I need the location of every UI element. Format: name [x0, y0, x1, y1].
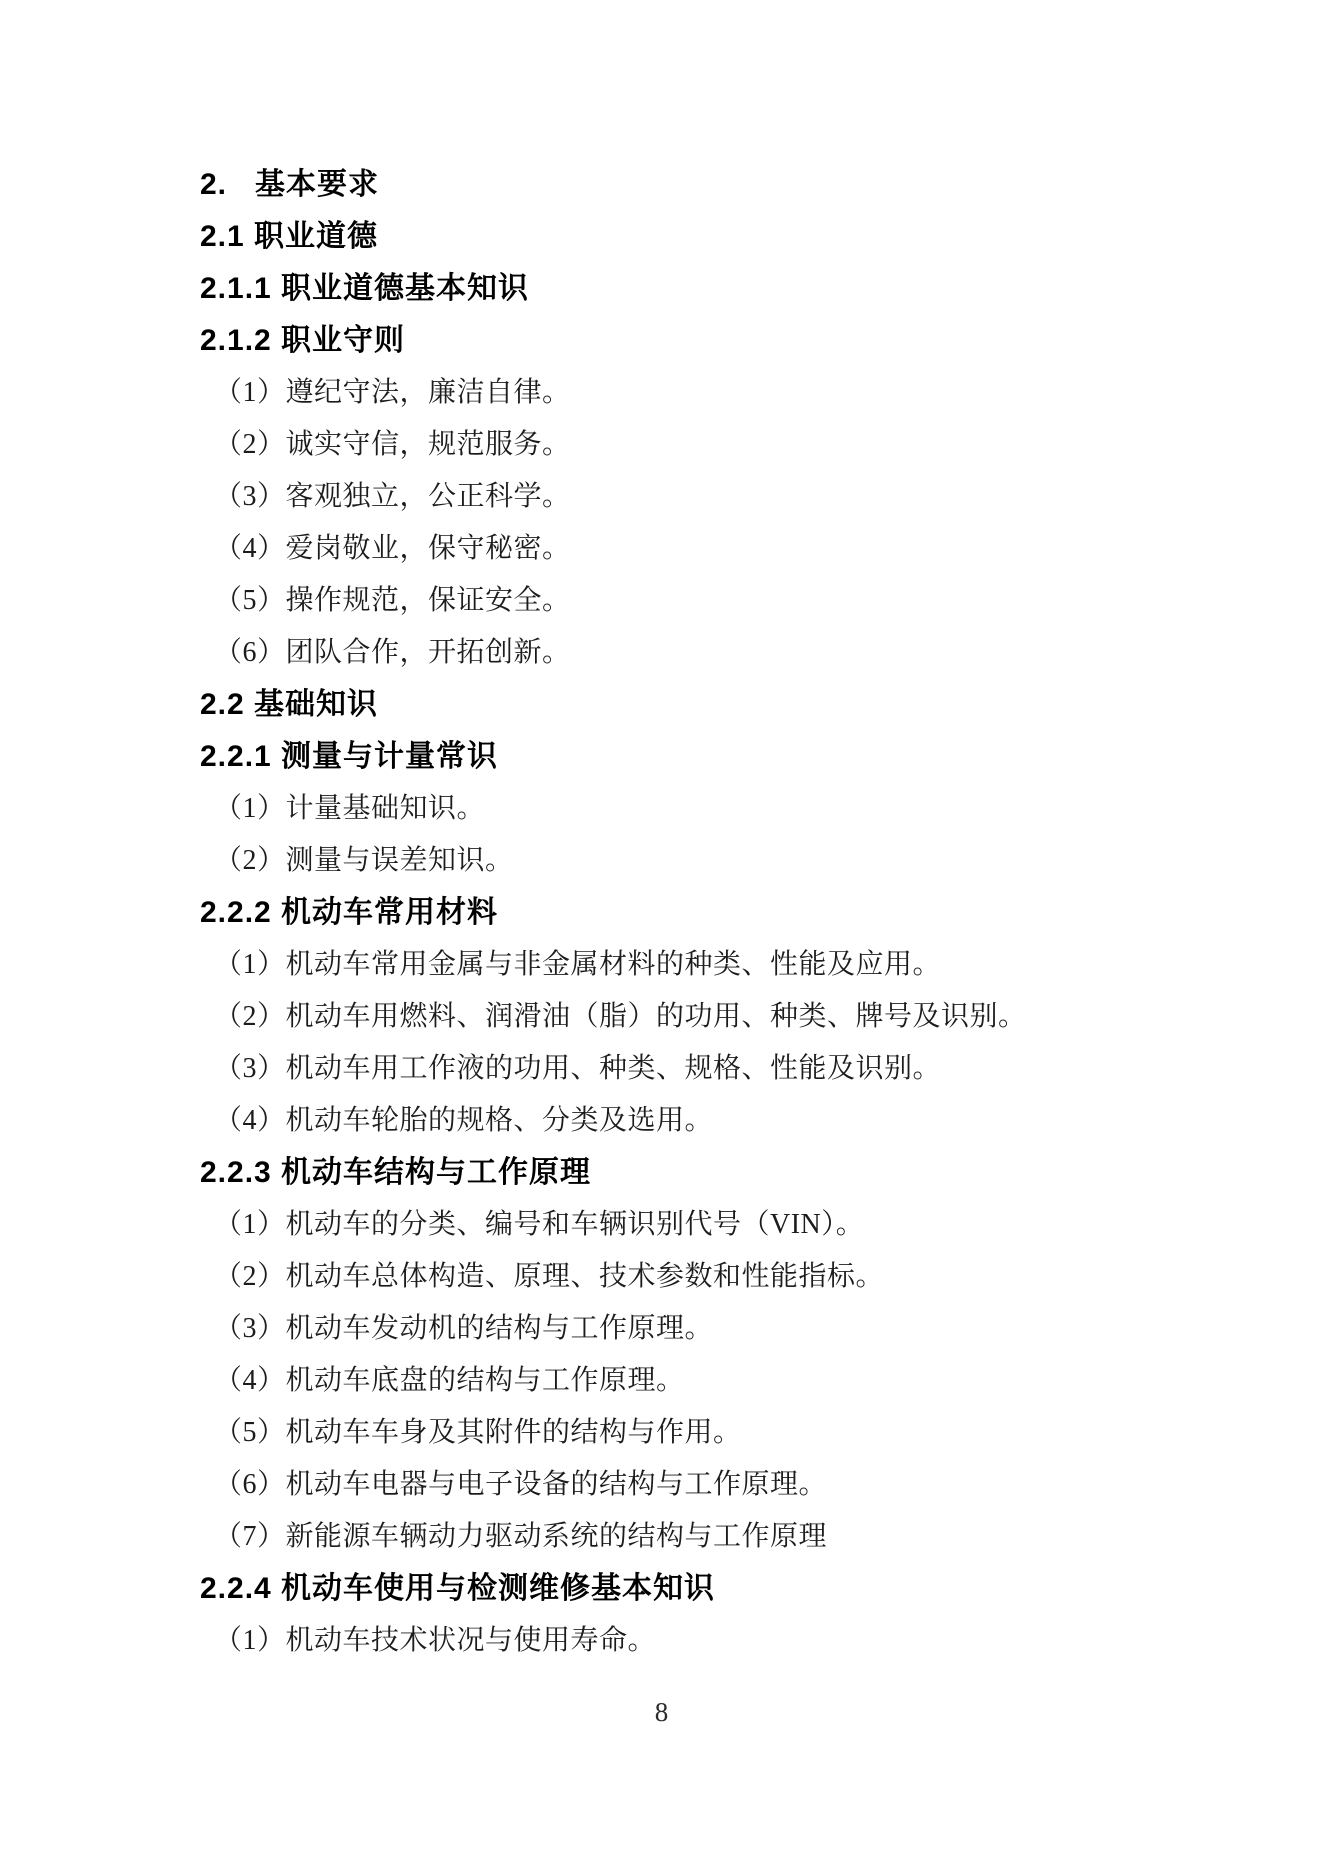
document-page: 2. 基本要求2.1 职业道德2.1.1 职业道德基本知识2.1.2 职业守则（…: [0, 0, 1323, 1871]
doc-line-item: （1）计量基础知识。: [214, 783, 1323, 835]
doc-line-item: （6）团队合作，开拓创新。: [214, 627, 1323, 679]
doc-line-heading: 2.2.1 测量与计量常识: [200, 731, 1323, 783]
page-number: 8: [0, 1692, 1323, 1732]
doc-line-item: （4）机动车轮胎的规格、分类及选用。: [214, 1095, 1323, 1147]
document-body: 2. 基本要求2.1 职业道德2.1.1 职业道德基本知识2.1.2 职业守则（…: [0, 159, 1323, 1667]
doc-line-item: （2）机动车总体构造、原理、技术参数和性能指标。: [214, 1251, 1323, 1303]
doc-line-item: （5）操作规范，保证安全。: [214, 575, 1323, 627]
doc-line-heading: 2.2.4 机动车使用与检测维修基本知识: [200, 1563, 1323, 1615]
doc-line-heading: 2.1.1 职业道德基本知识: [200, 263, 1323, 315]
doc-line-heading: 2. 基本要求: [200, 159, 1323, 211]
doc-line-item: （5）机动车车身及其附件的结构与作用。: [214, 1407, 1323, 1459]
doc-line-item: （2）诚实守信，规范服务。: [214, 419, 1323, 471]
doc-line-item: （3）机动车发动机的结构与工作原理。: [214, 1303, 1323, 1355]
doc-line-item: （7）新能源车辆动力驱动系统的结构与工作原理: [214, 1511, 1323, 1563]
doc-line-heading: 2.2 基础知识: [200, 679, 1323, 731]
doc-line-item: （1）遵纪守法，廉洁自律。: [214, 367, 1323, 419]
doc-line-item: （4）机动车底盘的结构与工作原理。: [214, 1355, 1323, 1407]
doc-line-item: （1）机动车技术状况与使用寿命。: [214, 1615, 1323, 1667]
doc-line-item: （3）机动车用工作液的功用、种类、规格、性能及识别。: [214, 1043, 1323, 1095]
doc-line-item: （2）机动车用燃料、润滑油（脂）的功用、种类、牌号及识别。: [214, 991, 1323, 1043]
doc-line-item: （4）爱岗敬业，保守秘密。: [214, 523, 1323, 575]
doc-line-item: （2）测量与误差知识。: [214, 835, 1323, 887]
doc-line-heading: 2.2.3 机动车结构与工作原理: [200, 1147, 1323, 1199]
doc-line-heading: 2.1 职业道德: [200, 211, 1323, 263]
doc-line-heading: 2.1.2 职业守则: [200, 315, 1323, 367]
doc-line-item: （1）机动车的分类、编号和车辆识别代号（VIN）。: [214, 1199, 1323, 1251]
doc-line-item: （6）机动车电器与电子设备的结构与工作原理。: [214, 1459, 1323, 1511]
doc-line-item: （1）机动车常用金属与非金属材料的种类、性能及应用。: [214, 939, 1323, 991]
doc-line-heading: 2.2.2 机动车常用材料: [200, 887, 1323, 939]
doc-line-item: （3）客观独立，公正科学。: [214, 471, 1323, 523]
